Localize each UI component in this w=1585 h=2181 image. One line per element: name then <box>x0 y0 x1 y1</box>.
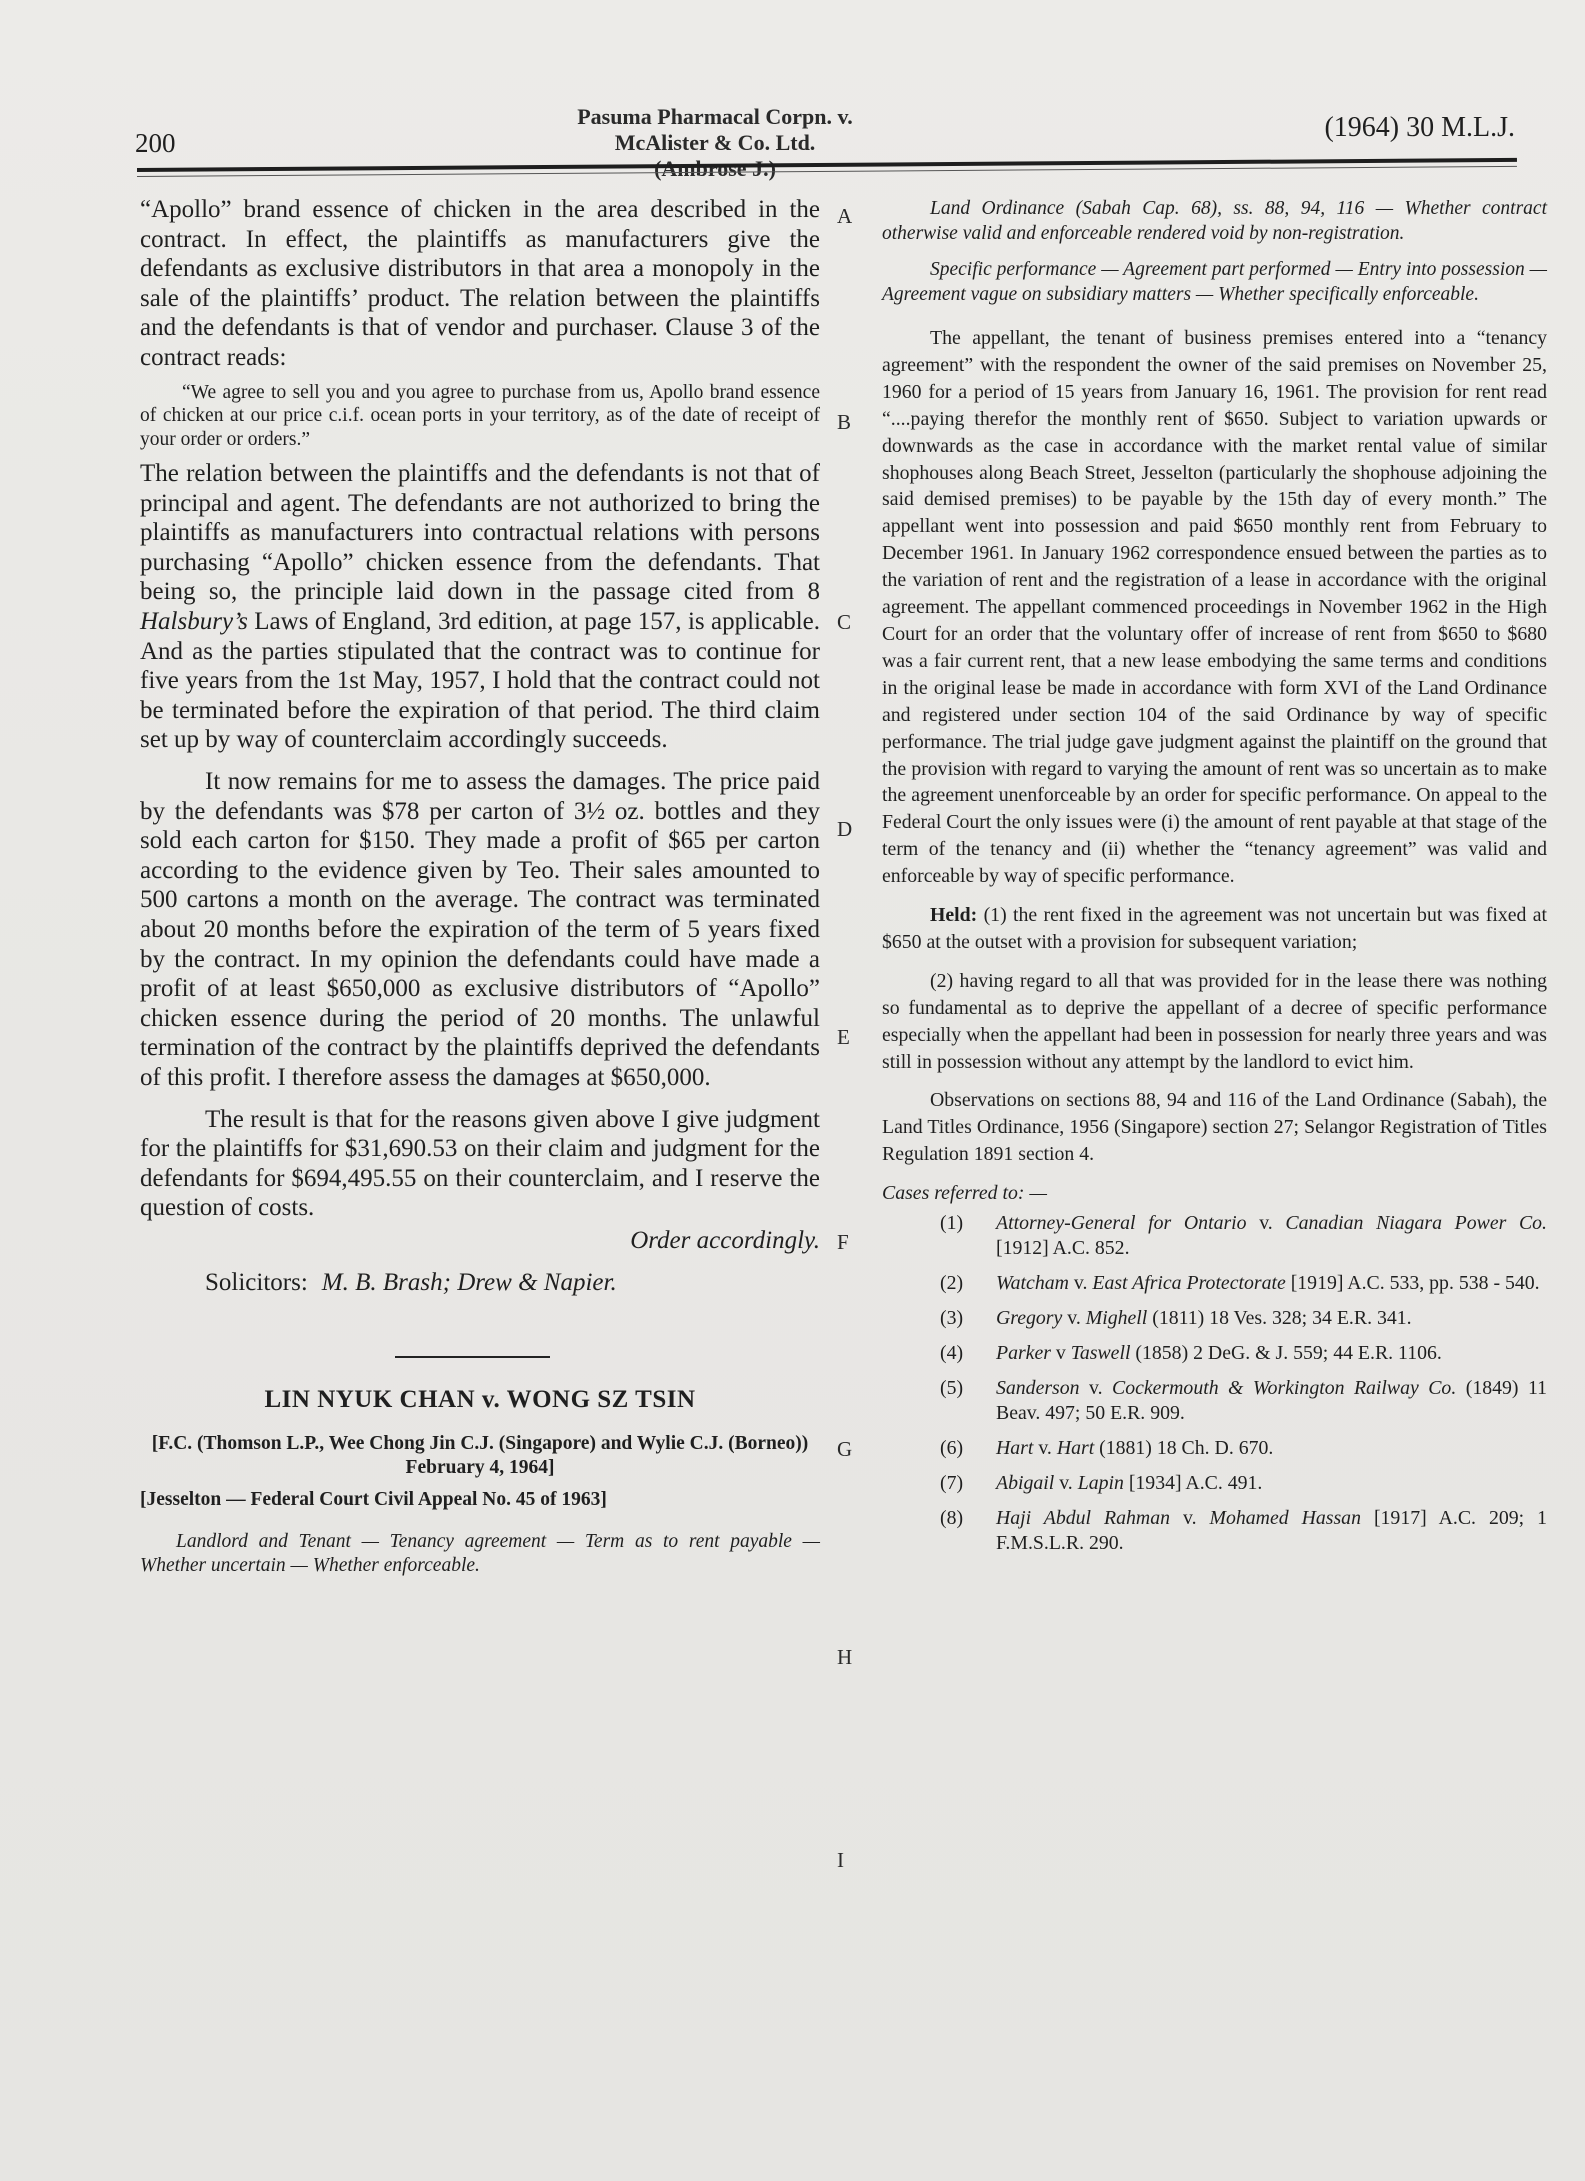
case-reference: (6)Hart v. Hart (1881) 18 Ch. D. 670. <box>882 1436 1547 1461</box>
case-party: Mohamed Hassan <box>1210 1507 1361 1529</box>
case-citation: Gregory v. Mighell (1811) 18 Ves. 328; 3… <box>996 1306 1547 1331</box>
case-versus: v. <box>1080 1377 1112 1399</box>
case-number: (7) <box>882 1471 996 1496</box>
case-number: (1) <box>882 1211 996 1261</box>
section-divider <box>395 1356 550 1358</box>
held-text: (1) the rent fixed in the agreement was … <box>882 904 1547 953</box>
case-reference: (8)Haji Abdul Rahman v. Mohamed Hassan [… <box>882 1506 1547 1556</box>
case-number: (6) <box>882 1436 996 1461</box>
margin-letter: H <box>837 1645 852 1670</box>
case-citation: Haji Abdul Rahman v. Mohamed Hassan [191… <box>996 1506 1547 1556</box>
case-party: Attorney-General for Ontario <box>996 1212 1247 1234</box>
document-page: 200 Pasuma Pharmacal Corpn. v. McAlister… <box>0 0 1585 2181</box>
case-party: Gregory <box>996 1307 1062 1329</box>
margin-letter: A <box>837 204 852 229</box>
margin-letter: D <box>837 817 852 842</box>
paragraph-italic: Halsbury’s <box>140 608 248 635</box>
case-number: (3) <box>882 1306 996 1331</box>
case-reference: (2)Watcham v. East Africa Protectorate [… <box>882 1271 1547 1296</box>
case-citation: Watcham v. East Africa Protectorate [191… <box>996 1271 1547 1296</box>
paragraph: The relation between the plaintiffs and … <box>140 459 820 755</box>
case-reference: (7)Abigail v. Lapin [1934] A.C. 491. <box>882 1471 1547 1496</box>
case-citation: Hart v. Hart (1881) 18 Ch. D. 670. <box>996 1436 1547 1461</box>
case-party: Mighell <box>1086 1307 1148 1329</box>
journal-citation: (1964) 30 M.L.J. <box>1324 112 1515 144</box>
case-party: Parker <box>996 1342 1051 1364</box>
case-citation: Abigail v. Lapin [1934] A.C. 491. <box>996 1471 1547 1496</box>
margin-letter: C <box>837 610 851 635</box>
held-1: Held: (1) the rent fixed in the agreemen… <box>882 902 1547 956</box>
case-coram: [F.C. (Thomson L.P., Wee Chong Jin C.J. … <box>140 1432 820 1480</box>
case-appeal-number: [Jesselton — Federal Court Civil Appeal … <box>140 1488 820 1512</box>
margin-letter: B <box>837 410 851 435</box>
paragraph: The result is that for the reasons given… <box>140 1105 820 1223</box>
cases-referred-label: Cases referred to: — <box>882 1182 1547 1205</box>
order-line: Order accordingly. <box>140 1225 820 1257</box>
case-party: Hart <box>996 1437 1033 1459</box>
case-party: Cockermouth & Workington Railway Co. <box>1112 1377 1456 1399</box>
case-party: East Africa Protectorate <box>1092 1272 1285 1294</box>
case-reference: (4)Parker v Taswell (1858) 2 DeG. & J. 5… <box>882 1341 1547 1366</box>
case-reference: (3)Gregory v. Mighell (1811) 18 Ves. 328… <box>882 1306 1547 1331</box>
case-number: (8) <box>882 1506 996 1556</box>
case-versus: v. <box>1247 1212 1286 1234</box>
contract-quote: “We agree to sell you and you agree to p… <box>140 381 820 452</box>
paragraph: “Apollo” brand essence of chicken in the… <box>140 195 820 373</box>
case-party: Lapin <box>1078 1472 1124 1494</box>
case-report: [1934] A.C. 491. <box>1124 1472 1262 1494</box>
running-title-case: Pasuma Pharmacal Corpn. v. McAlister & C… <box>535 104 895 156</box>
case-reference: (5)Sanderson v. Cockermouth & Workington… <box>882 1376 1547 1426</box>
held-label: Held: <box>930 904 977 926</box>
case-citation: Parker v Taswell (1858) 2 DeG. & J. 559;… <box>996 1341 1547 1366</box>
case-party: Canadian Niagara Power Co. <box>1285 1212 1547 1234</box>
paragraph-text: The relation between the plaintiffs and … <box>140 460 820 605</box>
case-report: [1919] A.C. 533, pp. 538 - 540. <box>1286 1272 1540 1294</box>
running-title-judge: (Ambrose J.) <box>535 156 895 182</box>
case-party: Taswell <box>1071 1342 1131 1364</box>
case-versus: v. <box>1033 1437 1056 1459</box>
case-citation: Sanderson v. Cockermouth & Workington Ra… <box>996 1376 1547 1426</box>
paragraph: It now remains for me to assess the dama… <box>140 767 820 1093</box>
case-versus: v. <box>1170 1507 1210 1529</box>
case-report: (1881) 18 Ch. D. 670. <box>1094 1437 1273 1459</box>
observations: Observations on sections 88, 94 and 116 … <box>882 1087 1547 1168</box>
held-2: (2) having regard to all that was provid… <box>882 968 1547 1076</box>
catchwords: Land Ordinance (Sabah Cap. 68), ss. 88, … <box>882 197 1547 246</box>
margin-letter: G <box>837 1437 852 1462</box>
margin-letter: E <box>837 1025 850 1050</box>
case-versus: v. <box>1054 1472 1077 1494</box>
case-facts: The appellant, the tenant of business pr… <box>882 325 1547 890</box>
right-column: Land Ordinance (Sabah Cap. 68), ss. 88, … <box>882 197 1547 1566</box>
case-number: (2) <box>882 1271 996 1296</box>
case-citation: Attorney-General for Ontario v. Canadian… <box>996 1211 1547 1261</box>
case-party: Sanderson <box>996 1377 1080 1399</box>
margin-letter: F <box>837 1230 849 1255</box>
page-number: 200 <box>135 128 176 159</box>
case-reference: (1)Attorney-General for Ontario v. Canad… <box>882 1211 1547 1261</box>
catchwords: Landlord and Tenant — Tenancy agreement … <box>140 1530 820 1578</box>
catchwords: Specific performance — Agreement part pe… <box>882 258 1547 307</box>
case-number: (5) <box>882 1376 996 1426</box>
case-versus: v <box>1051 1342 1071 1364</box>
case-versus: v. <box>1062 1307 1085 1329</box>
case-party: Abigail <box>996 1472 1054 1494</box>
case-party: Haji Abdul Rahman <box>996 1507 1170 1529</box>
case-party: Watcham <box>996 1272 1069 1294</box>
case-title: LIN NYUK CHAN v. WONG SZ TSIN <box>140 1386 820 1414</box>
solicitors-names: M. B. Brash; Drew & Napier. <box>322 1269 617 1296</box>
case-report: (1858) 2 DeG. & J. 559; 44 E.R. 1106. <box>1130 1342 1441 1364</box>
case-number: (4) <box>882 1341 996 1366</box>
case-report: [1912] A.C. 852. <box>996 1237 1130 1259</box>
case-report: (1811) 18 Ves. 328; 34 E.R. 341. <box>1147 1307 1411 1329</box>
case-versus: v. <box>1069 1272 1092 1294</box>
cases-list: (1)Attorney-General for Ontario v. Canad… <box>882 1211 1547 1556</box>
solicitors-label: Solicitors: <box>205 1269 308 1296</box>
case-party: Hart <box>1057 1437 1094 1459</box>
solicitors-line: Solicitors:M. B. Brash; Drew & Napier. <box>140 1267 820 1299</box>
left-column: “Apollo” brand essence of chicken in the… <box>140 195 820 1578</box>
margin-letter: I <box>837 1848 844 1873</box>
